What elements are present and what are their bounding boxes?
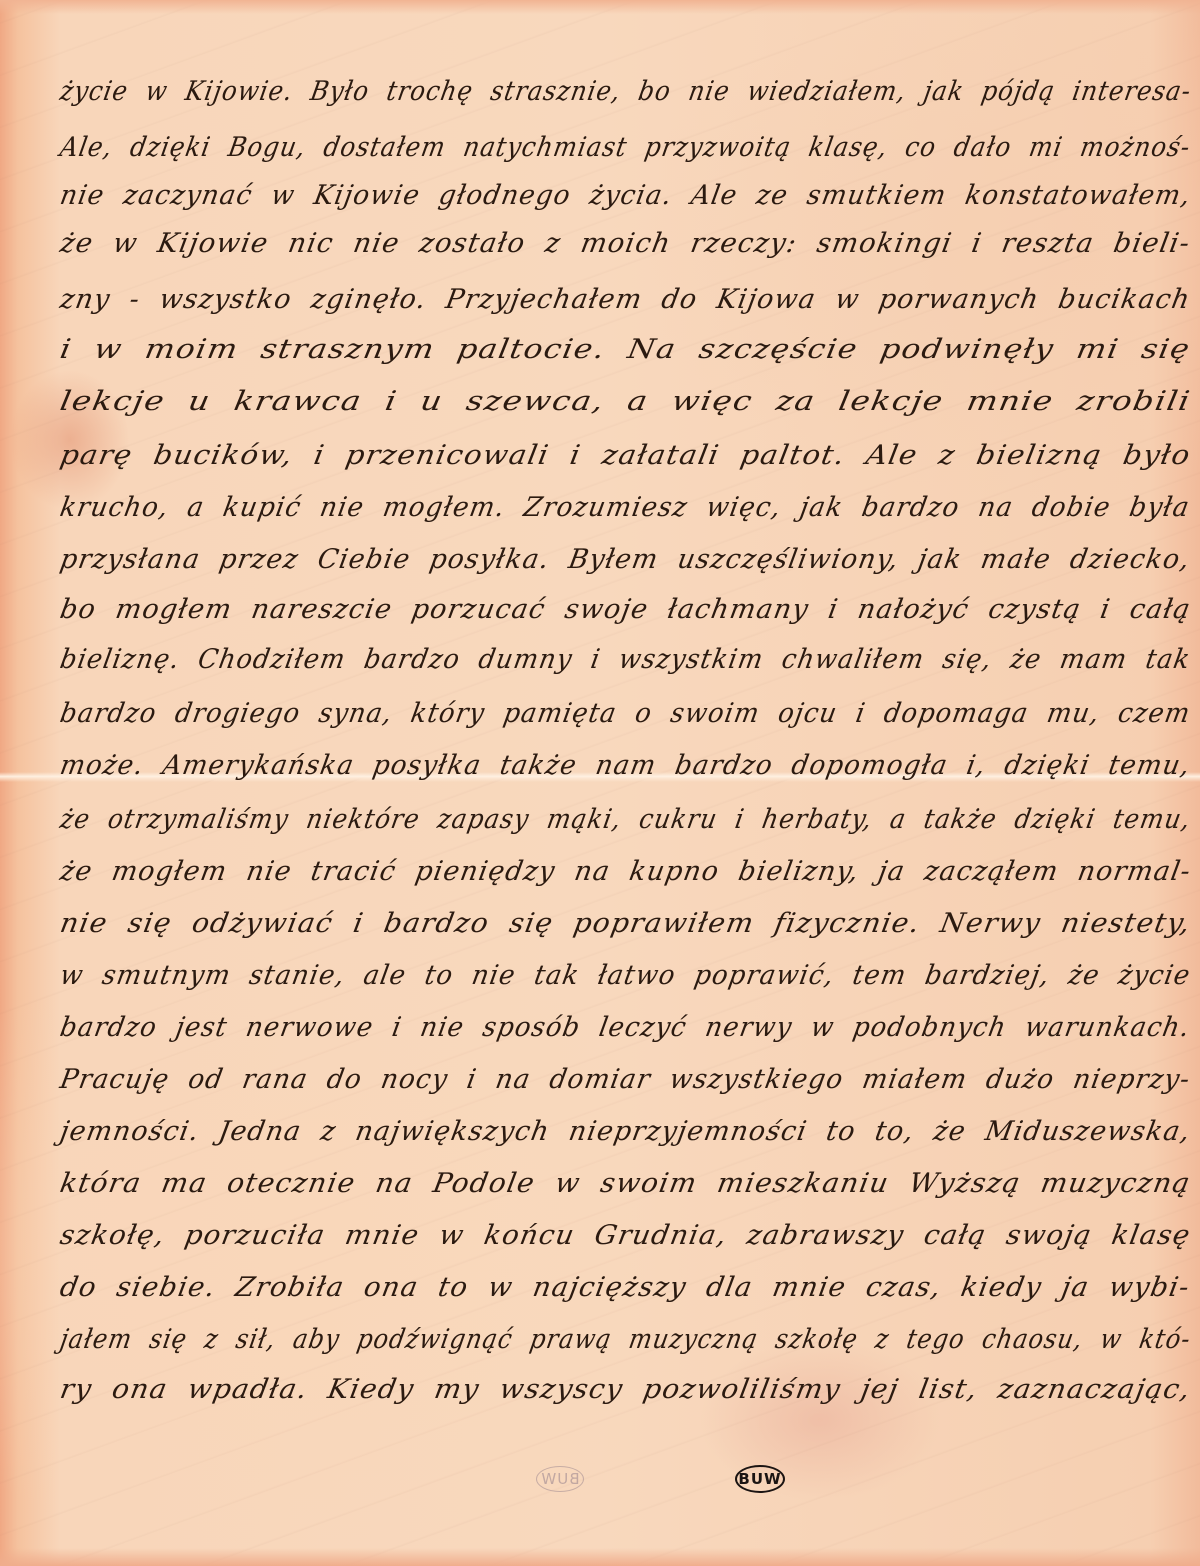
letter-line: nie zaczynać w Kijowie głodnego życia. A… xyxy=(58,182,1193,209)
letter-line: że otrzymaliśmy niektóre zapasy mąki, cu… xyxy=(58,806,1193,833)
library-stamp-buw: BUW xyxy=(735,1465,785,1493)
letter-line: do siebie. Zrobiła ona to w najcięższy d… xyxy=(58,1274,1192,1301)
letter-line: lekcje u krawca i u szewca, a więc za le… xyxy=(58,388,1193,415)
letter-line: jałem się z sił, aby podźwignąć prawą mu… xyxy=(58,1326,1193,1353)
letter-line: życie w Kijowie. Było trochę strasznie, … xyxy=(58,78,1194,105)
letter-line: że mogłem nie tracić pieniędzy na kupno … xyxy=(58,858,1193,885)
letter-line: zny - wszystko zginęło. Przyjechałem do … xyxy=(58,286,1193,313)
letter-line: nie się odżywiać i bardzo się poprawiłem… xyxy=(58,910,1193,937)
letter-line: ry ona wpadła. Kiedy my wszyscy pozwolil… xyxy=(58,1376,1193,1403)
letter-line: i w moim strasznym paltocie. Na szczęści… xyxy=(58,336,1193,363)
letter-line: Pracuję od rana do nocy i na domiar wszy… xyxy=(58,1066,1193,1093)
handwritten-letter-body: życie w Kijowie. Było trochę strasznie, … xyxy=(0,0,1200,1566)
letter-line: bardzo jest nerwowe i nie sposób leczyć … xyxy=(58,1014,1192,1041)
letter-line: bardzo drogiego syna, który pamięta o sw… xyxy=(58,700,1193,727)
letter-line: może. Amerykańska posyłka także nam bard… xyxy=(58,752,1193,779)
letter-line: krucho, a kupić nie mogłem. Zrozumiesz w… xyxy=(58,494,1192,521)
letter-line: szkołę, porzuciła mnie w końcu Grudnia, … xyxy=(58,1222,1193,1249)
letter-line: parę bucików, i przenicowali i załatali … xyxy=(58,442,1193,469)
letter-line: że w Kijowie nic nie zostało z moich rze… xyxy=(58,230,1193,257)
letter-line: bieliznę. Chodziłem bardzo dumny i wszys… xyxy=(58,646,1193,673)
bleed-through-library-stamp: BUW xyxy=(536,1466,584,1492)
letter-line: w smutnym stanie, ale to nie tak łatwo p… xyxy=(58,962,1193,989)
letter-line: bo mogłem nareszcie porzucać swoje łachm… xyxy=(58,596,1193,623)
letter-line: przysłana przez Ciebie posyłka. Byłem us… xyxy=(58,546,1192,573)
letter-line: Ale, dzięki Bogu, dostałem natychmiast p… xyxy=(58,134,1193,161)
letter-line: jemności. Jedna z największych nieprzyje… xyxy=(58,1118,1193,1145)
letter-line: która ma otecznie na Podole w swoim mies… xyxy=(58,1170,1193,1197)
